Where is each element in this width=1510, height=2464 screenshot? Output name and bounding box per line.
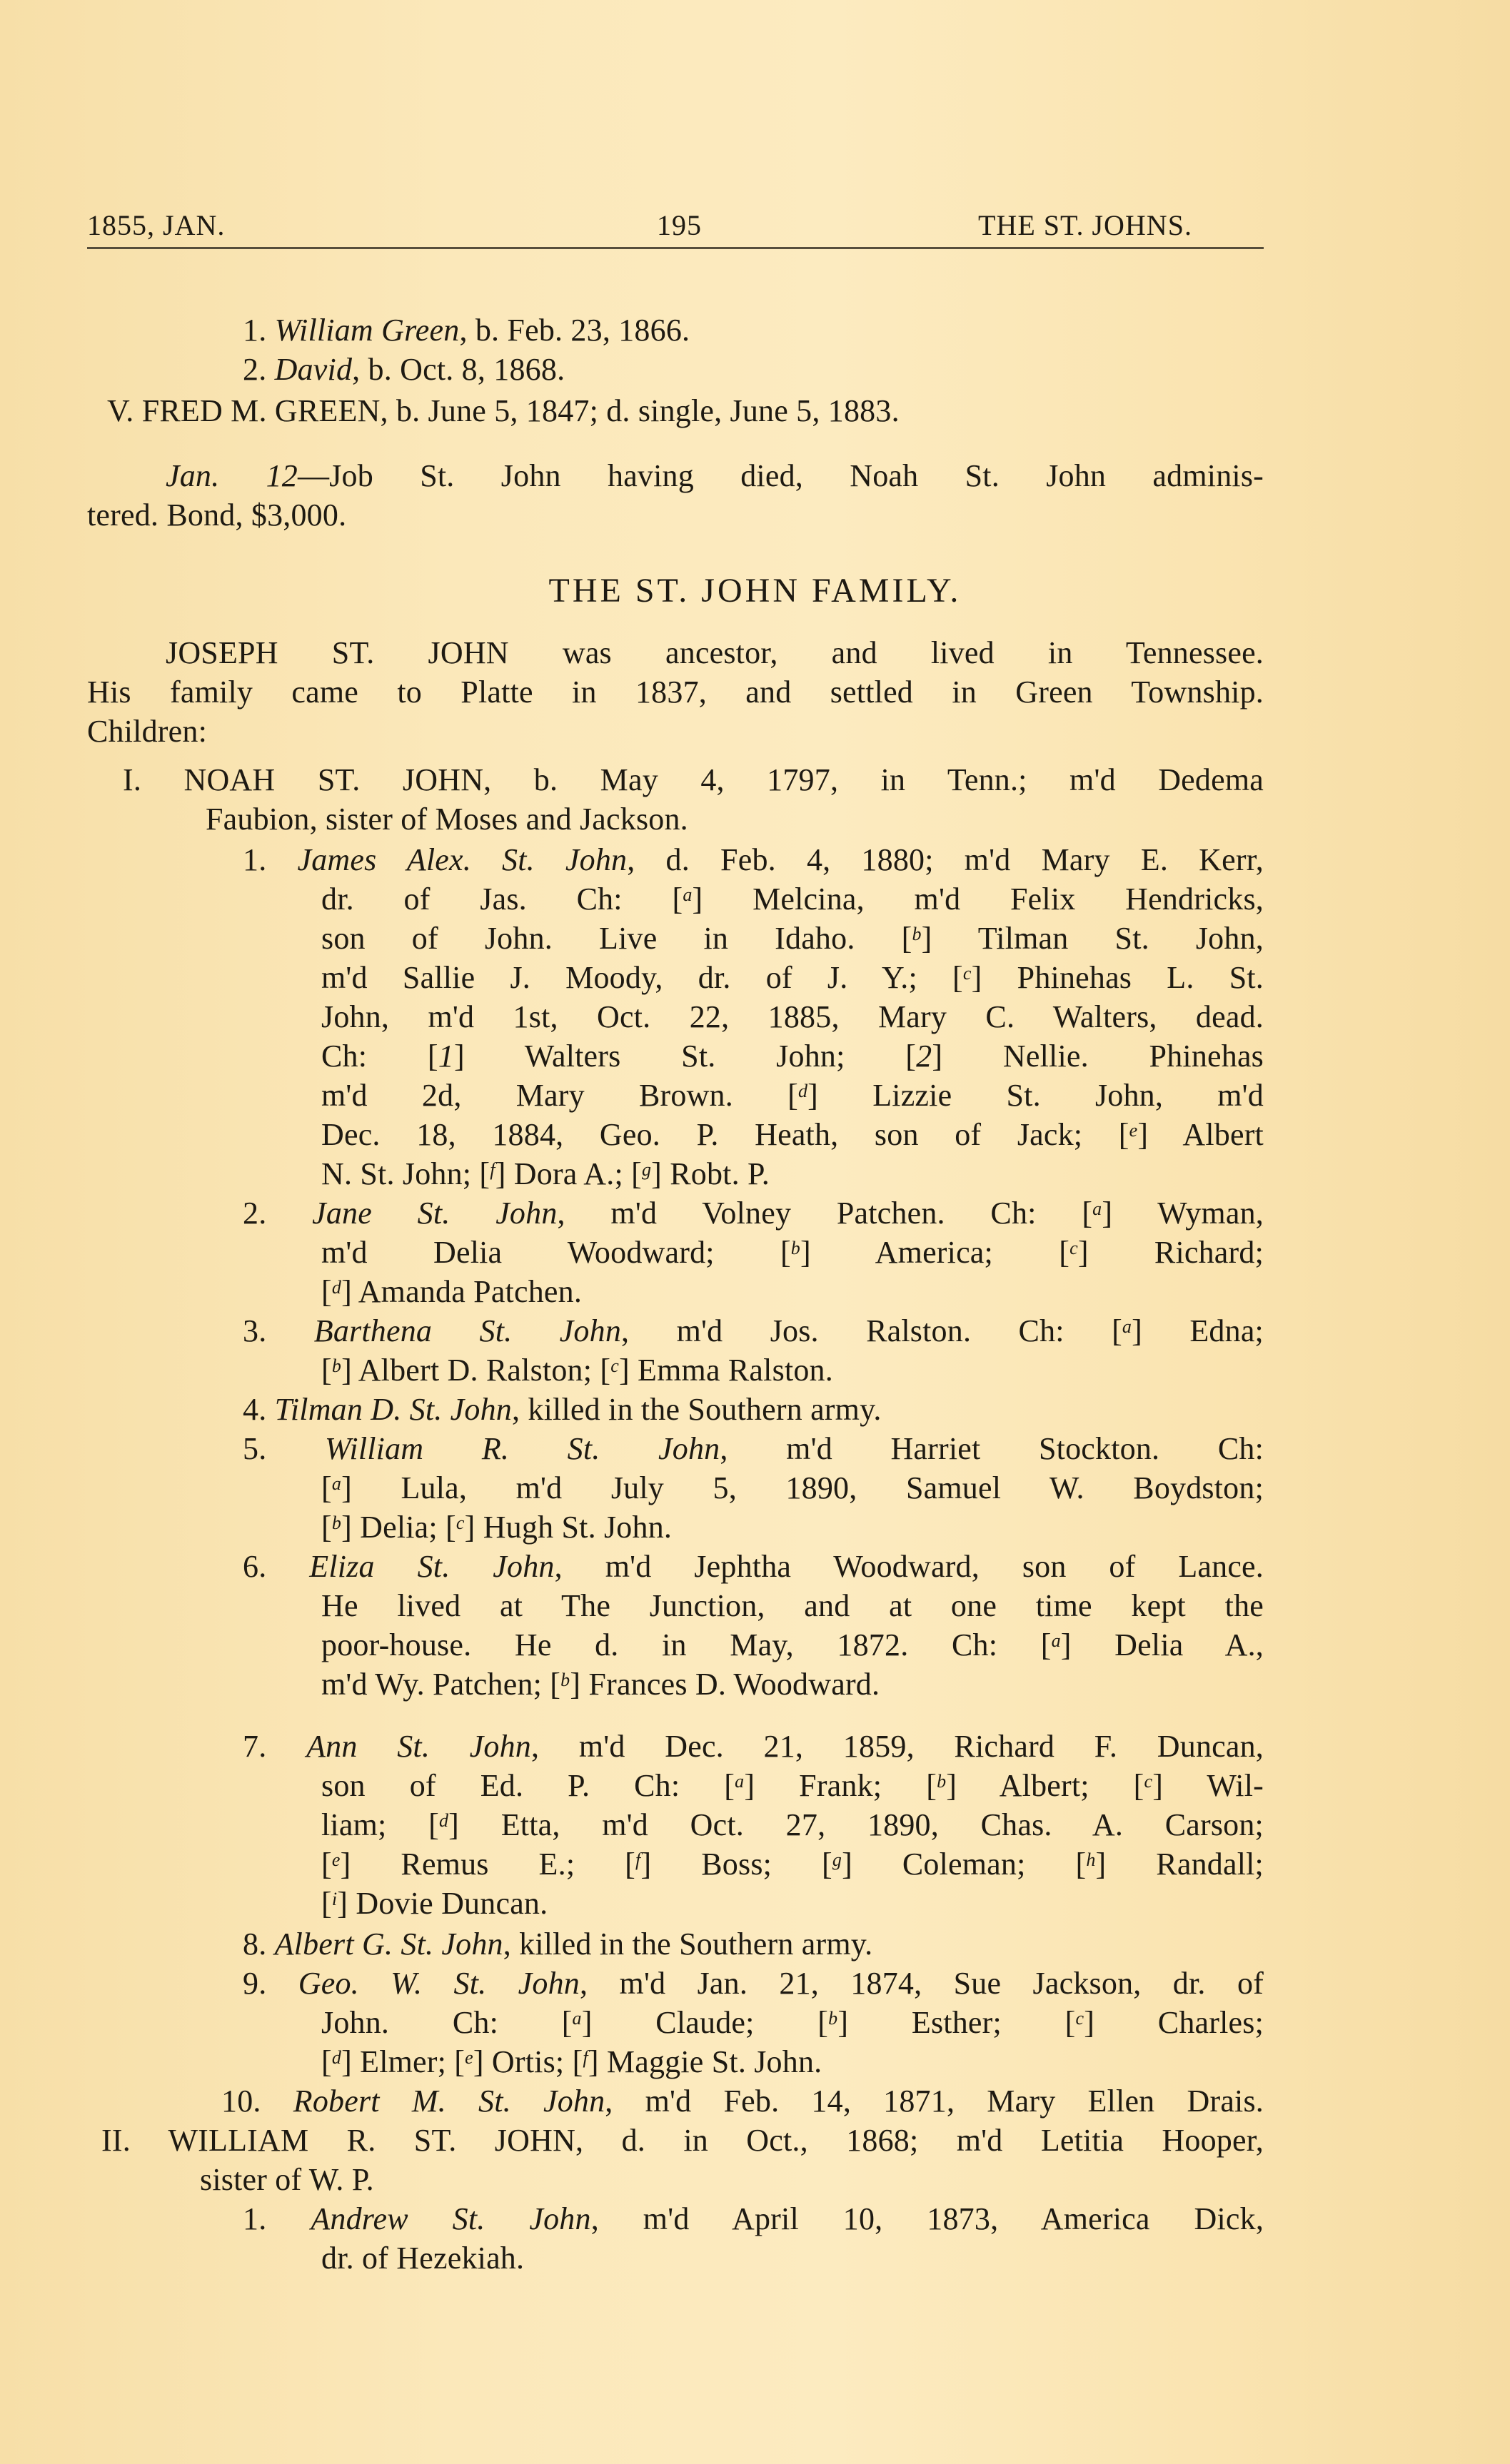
child-entry: 10. Robert M. St. John, m'd Feb. 14, 187…: [221, 2082, 1264, 2121]
item-number: 7.: [243, 1729, 266, 1764]
child-entry-cont: dr. of Hezekiah.: [321, 2239, 524, 2278]
child-entry-cont: [d] Elmer; [e] Ortis; [f] Maggie St. Joh…: [321, 2043, 822, 2081]
person-name: William R. St. John: [325, 1431, 720, 1466]
child-entry-cont: Ch: [1] Walters St. John; [2] Nellie. Ph…: [321, 1037, 1264, 1076]
child-entry-cont: He lived at The Junction, and at one tim…: [321, 1587, 1264, 1625]
entry-text: —Job St. John having died, Noah St. John…: [298, 458, 1264, 493]
page-number: 195: [657, 208, 702, 243]
child-entry-cont: son of Ed. P. Ch: [a] Frank; [b] Albert;…: [321, 1767, 1264, 1805]
list-item: 1. William Green, b. Feb. 23, 1866.: [243, 311, 690, 350]
child-entry-cont: [b] Albert D. Ralston; [c] Emma Ralston.: [321, 1351, 833, 1390]
person-name: Eliza St. John: [309, 1549, 554, 1584]
person-name: Barthena St. John: [314, 1313, 621, 1348]
item-number: 2.: [243, 1196, 266, 1231]
person-name: Andrew St. John: [311, 2201, 590, 2236]
section-title: THE ST. JOHN FAMILY.: [0, 571, 1510, 611]
child-entry-cont: John, m'd 1st, Oct. 22, 1885, Mary C. Wa…: [321, 998, 1264, 1036]
item-number: 2.: [243, 352, 266, 387]
child-entry-cont: [d] Amanda Patchen.: [321, 1273, 582, 1311]
item-number: 8.: [243, 1927, 266, 1961]
child-entry-cont: liam; [d] Etta, m'd Oct. 27, 1890, Chas.…: [321, 1806, 1264, 1844]
child-entry: 8. Albert G. St. John, killed in the Sou…: [243, 1925, 872, 1964]
child-entry: 3. Barthena St. John, m'd Jos. Ralston. …: [243, 1312, 1264, 1350]
item-text: , m'd April 10, 1873, America Dick,: [591, 2201, 1264, 2236]
child-entry-cont: [a] Lula, m'd July 5, 1890, Samuel W. Bo…: [321, 1469, 1264, 1508]
item-number: 9.: [243, 1966, 266, 2001]
child-entry-cont: John. Ch: [a] Claude; [b] Esther; [c] Ch…: [321, 2004, 1264, 2042]
person-name: Geo. W. St. John: [298, 1966, 580, 2001]
fred-entry: V. FRED M. GREEN, b. June 5, 1847; d. si…: [107, 392, 900, 430]
noah-entry-cont: Faubion, sister of Moses and Jackson.: [206, 800, 688, 839]
child-entry: 6. Eliza St. John, m'd Jephtha Woodward,…: [243, 1547, 1264, 1586]
item-text: , m'd Jan. 21, 1874, Sue Jackson, dr. of: [580, 1966, 1264, 2001]
jan12-entry: Jan. 12—Job St. John having died, Noah S…: [166, 457, 1264, 495]
item-text: , m'd Dec. 21, 1859, Richard F. Duncan,: [531, 1729, 1264, 1764]
child-entry-cont: dr. of Jas. Ch: [a] Melcina, m'd Felix H…: [321, 880, 1264, 919]
child-entry-cont: Dec. 18, 1884, Geo. P. Heath, son of Jac…: [321, 1116, 1264, 1154]
william-entry: II. WILLIAM R. ST. JOHN, d. in Oct., 186…: [101, 2121, 1264, 2160]
intro-line: His family came to Platte in 1837, and s…: [87, 673, 1264, 712]
item-number: 6.: [243, 1549, 266, 1584]
running-head-title: THE ST. JOHNS.: [978, 208, 1192, 243]
person-name: David: [275, 352, 353, 387]
child-entry-cont: m'd 2d, Mary Brown. [d] Lizzie St. John,…: [321, 1076, 1264, 1115]
item-text: , m'd Volney Patchen. Ch: [a] Wyman,: [558, 1196, 1264, 1231]
person-name: William Green: [275, 313, 460, 348]
william-entry-cont: sister of W. P.: [200, 2161, 374, 2199]
child-entry: 2. Jane St. John, m'd Volney Patchen. Ch…: [243, 1194, 1264, 1233]
person-name: James Alex. St. John: [298, 842, 628, 877]
list-item: 2. David, b. Oct. 8, 1868.: [243, 350, 565, 389]
item-text: , b. Oct. 8, 1868.: [352, 352, 565, 387]
item-text: , d. Feb. 4, 1880; m'd Mary E. Kerr,: [627, 842, 1264, 877]
jan12-entry-cont: tered. Bond, $3,000.: [87, 496, 346, 535]
child-entry: 7. Ann St. John, m'd Dec. 21, 1859, Rich…: [243, 1727, 1264, 1766]
person-name: Albert G. St. John: [275, 1927, 503, 1961]
item-text: , m'd Feb. 14, 1871, Mary Ellen Drais.: [605, 2084, 1264, 2119]
entry-date: Jan. 12: [166, 458, 298, 493]
child-entry: 1. James Alex. St. John, d. Feb. 4, 1880…: [243, 841, 1264, 879]
header-rule: [87, 247, 1264, 249]
item-number: 1.: [243, 842, 266, 877]
item-text: , killed in the Southern army.: [503, 1927, 873, 1961]
item-number: 1.: [243, 2201, 266, 2236]
person-name: Tilman D. St. John: [275, 1392, 512, 1427]
running-head-date: 1855, JAN.: [87, 208, 225, 243]
item-text: , m'd Jephtha Woodward, son of Lance.: [555, 1549, 1264, 1584]
item-number: 4.: [243, 1392, 266, 1427]
child-entry-cont: m'd Wy. Patchen; [b] Frances D. Woodward…: [321, 1665, 880, 1704]
book-page: 1855, JAN. 195 THE ST. JOHNS. 1. William…: [0, 0, 1510, 2464]
item-text: , killed in the Southern army.: [512, 1392, 882, 1427]
intro-line: Children:: [87, 712, 207, 751]
child-entry: 5. William R. St. John, m'd Harriet Stoc…: [243, 1430, 1264, 1468]
child-entry: 9. Geo. W. St. John, m'd Jan. 21, 1874, …: [243, 1964, 1264, 2003]
item-number: 10.: [221, 2084, 261, 2119]
child-entry-cont: m'd Sallie J. Moody, dr. of J. Y.; [c] P…: [321, 959, 1264, 997]
child-entry-cont: poor-house. He d. in May, 1872. Ch: [a] …: [321, 1626, 1264, 1665]
noah-entry: I. NOAH ST. JOHN, b. May 4, 1797, in Ten…: [123, 761, 1264, 799]
person-name: Ann St. John: [306, 1729, 531, 1764]
child-entry-cont: [e] Remus E.; [f] Boss; [g] Coleman; [h]…: [321, 1845, 1264, 1884]
person-name: Jane St. John: [312, 1196, 557, 1231]
item-text: , m'd Jos. Ralston. Ch: [a] Edna;: [621, 1313, 1264, 1348]
intro-line: JOSEPH ST. JOHN was ancestor, and lived …: [166, 634, 1264, 672]
child-entry: 1. Andrew St. John, m'd April 10, 1873, …: [243, 2200, 1264, 2238]
child-entry-cont: N. St. John; [f] Dora A.; [g] Robt. P.: [321, 1155, 770, 1193]
person-name: Robert M. St. John: [293, 2084, 605, 2119]
item-number: 5.: [243, 1431, 266, 1466]
item-text: , m'd Harriet Stockton. Ch:: [720, 1431, 1264, 1466]
child-entry-cont: son of John. Live in Idaho. [b] Tilman S…: [321, 919, 1264, 958]
child-entry-cont: [i] Dovie Duncan.: [321, 1884, 548, 1923]
child-entry: 4. Tilman D. St. John, killed in the Sou…: [243, 1390, 882, 1429]
item-number: 1.: [243, 313, 266, 348]
child-entry-cont: m'd Delia Woodward; [b] America; [c] Ric…: [321, 1233, 1264, 1272]
item-text: , b. Feb. 23, 1866.: [459, 313, 690, 348]
child-entry-cont: [b] Delia; [c] Hugh St. John.: [321, 1508, 672, 1547]
item-number: 3.: [243, 1313, 266, 1348]
